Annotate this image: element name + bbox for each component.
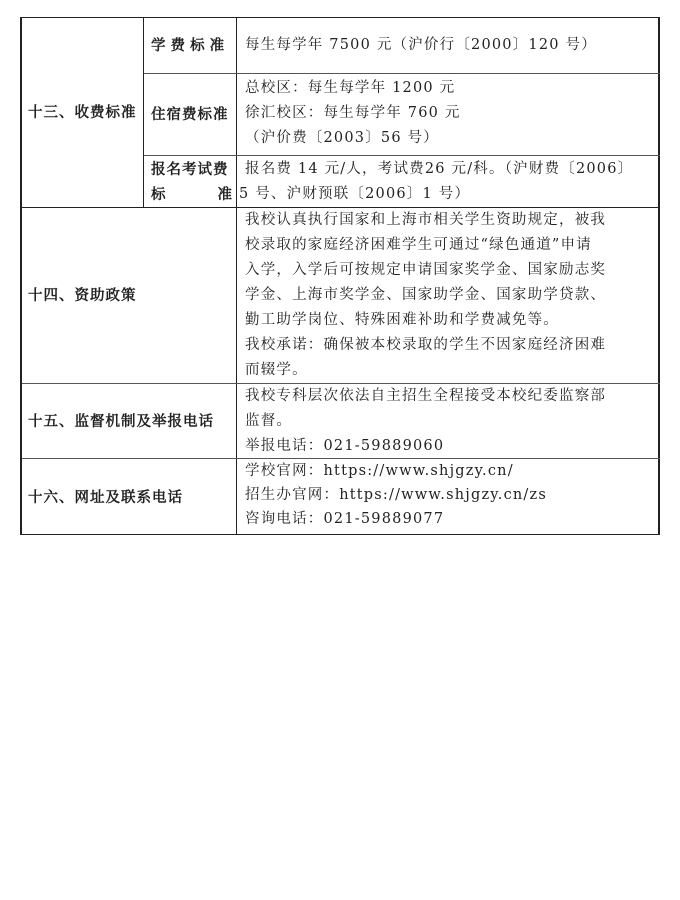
section-title-fees-text: 十三、收费标准 (28, 100, 137, 125)
aid-policy-text: 我校认真执行国家和上海市相关学生资助规定，被我 校录取的家庭经济困难学生可通过“… (236, 208, 660, 383)
section-title-fees: 十三、收费标准 (28, 18, 143, 207)
fee-label-exam: 报名考试费 标 准 (151, 157, 233, 207)
fee-value-tuition: 每生每学年 7500 元（沪价行〔2000〕120 号） (236, 18, 660, 73)
fee-value-exam: 报名费 14 元/人，考试费26 元/科。（沪财费〔2006〕 5 号、沪财预联… (236, 157, 660, 207)
fee-value-accommodation: 总校区：每生每学年 1200 元 徐汇校区：每生每学年 760 元 （沪价费〔2… (236, 76, 660, 156)
report-phone: 举报电话：021-59889060 (245, 434, 654, 459)
fee-label-accommodation: 住宿费标准 (151, 73, 236, 155)
section-title-supervision: 十五、监督机制及举报电话 (28, 384, 236, 458)
school-website-link[interactable]: 学校官网：https://www.shjgzy.cn/ (245, 459, 654, 483)
section-title-contact: 十六、网址及联系电话 (28, 459, 236, 535)
admissions-website-link[interactable]: 招生办官网：https://www.shjgzy.cn/zs (245, 483, 654, 507)
section-title-aid: 十四、资助政策 (28, 208, 236, 383)
inquiry-phone: 咨询电话：021-59889077 (245, 507, 654, 531)
fee-label-tuition: 学 费 标 准 (151, 18, 236, 73)
divider (143, 18, 144, 208)
supervision-text: 我校专科层次依法自主招生全程接受本校纪委监察部 监督。 举报电话：021-598… (236, 384, 660, 458)
contact-text: 学校官网：https://www.shjgzy.cn/ 招生办官网：https:… (236, 459, 660, 535)
admissions-info-table: 十三、收费标准 学 费 标 准 每生每学年 7500 元（沪价行〔2000〕12… (20, 17, 660, 535)
